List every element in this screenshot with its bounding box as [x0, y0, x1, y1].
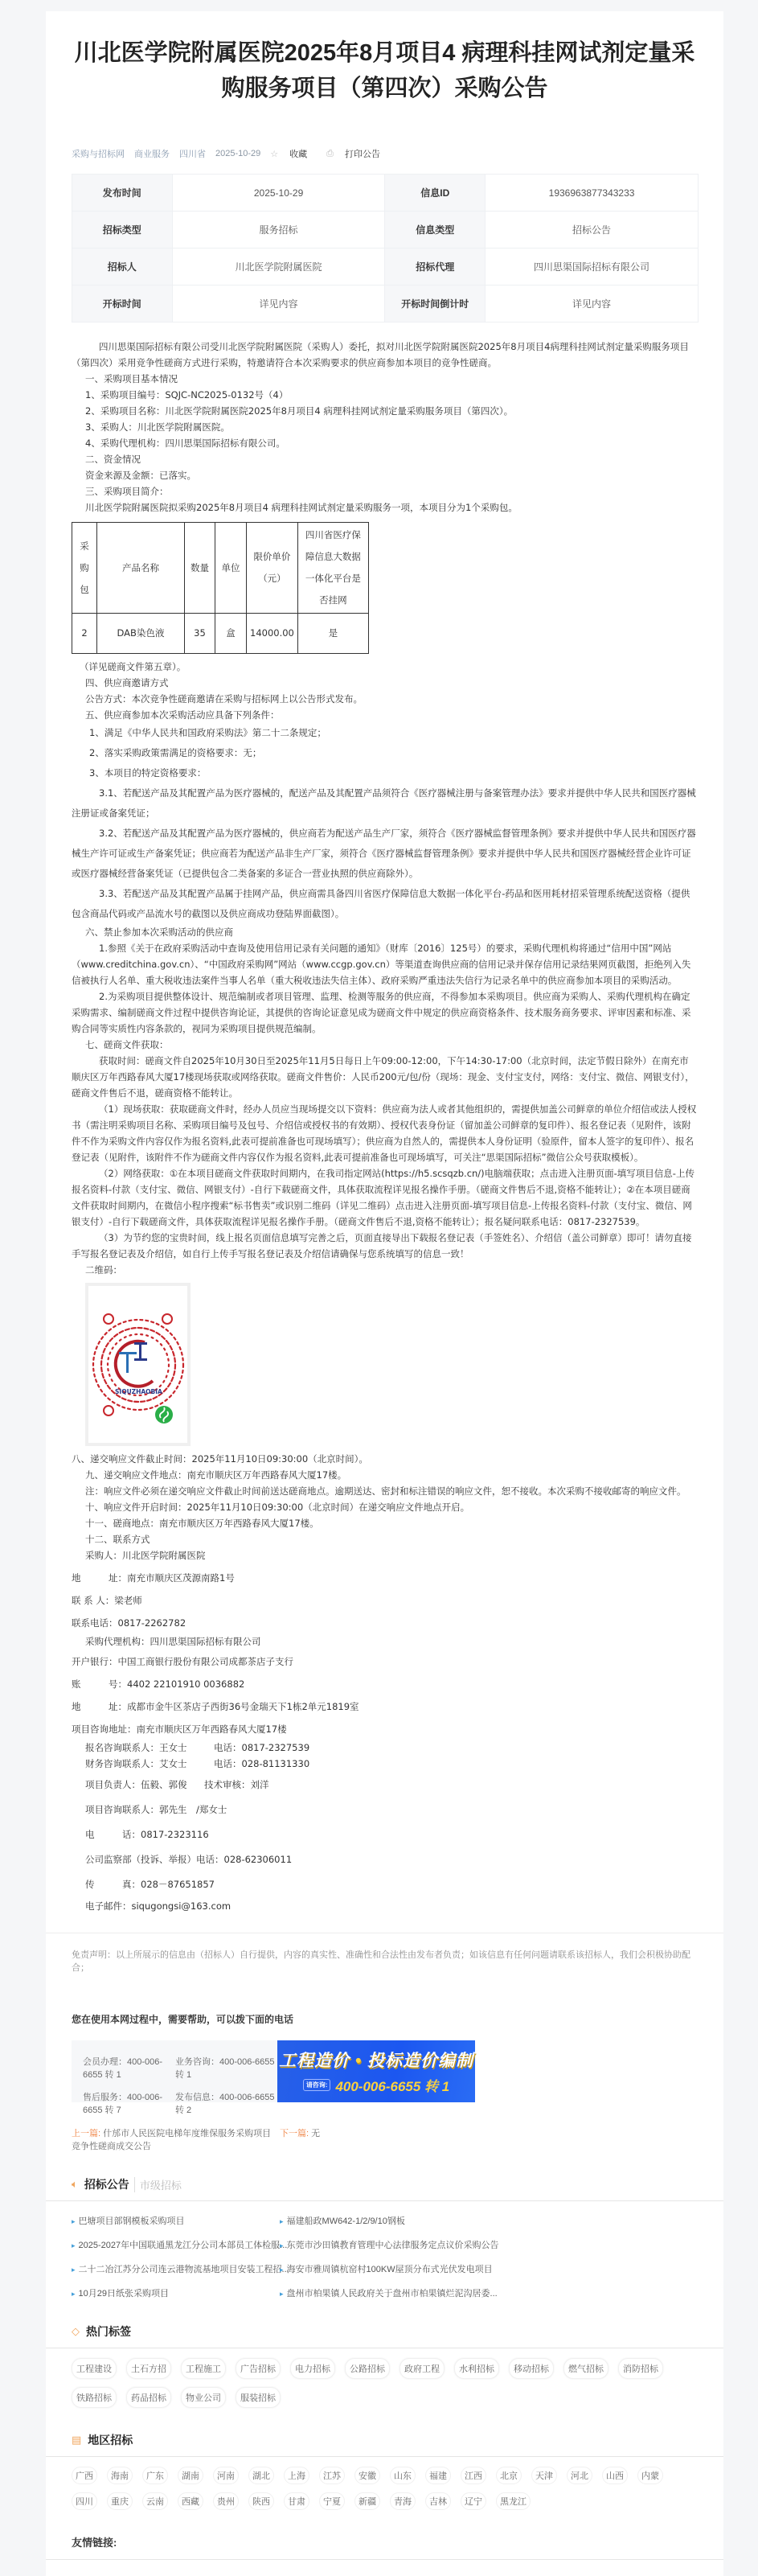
section-heading: 二、资金情况	[72, 451, 698, 467]
list-item[interactable]: 福建船政MW642-1/2/9/10钢板	[280, 2214, 481, 2227]
notices-list: 巴塘项目部钢模板采购项目 福建船政MW642-1/2/9/10钢板 2025-2…	[72, 2201, 698, 2299]
paragraph: 2.为采购项目提供整体设计、规范编制或者项目管理、监理、检测等服务的供应商，不得…	[72, 988, 698, 1037]
buyer-phone: 联系电话：0817-2262782	[72, 1613, 698, 1633]
list-item[interactable]: 东莞市沙田镇教育管理中心法律服务定点议价采购公告	[280, 2238, 481, 2251]
region-item[interactable]: 河北	[567, 2467, 592, 2484]
phone-publish: 发布信息：400-006-6655 转 2	[175, 2090, 280, 2116]
print-button[interactable]: ⎙ 打印公告	[326, 147, 390, 160]
paragraph: 资金来源及金额：已落实。	[72, 467, 698, 483]
th-product-name: 产品名称	[97, 523, 185, 614]
list-item[interactable]: 巴塘项目部钢模板采购项目	[72, 2214, 280, 2227]
announcement-page: 川北医学院附属医院2025年8月项目4 病理科挂网试剂定量采购服务项目（第四次）…	[46, 11, 723, 2576]
paragraph: （2）网络获取：①在本项目磋商文件获取时间期内，在我司指定网站(https://…	[72, 1165, 698, 1230]
region-item[interactable]: 重庆	[107, 2492, 133, 2510]
list-item[interactable]: 海安市雅周镇杭窑村100KW屋顶分布式光伏发电项目	[280, 2262, 481, 2275]
region-item[interactable]: 西藏	[178, 2492, 203, 2510]
list-item[interactable]: 盘州市柏果镇人民政府关于盘州市柏果镇烂泥沟居委...	[280, 2286, 481, 2299]
fin-phone: 电话：028-81131330	[214, 1756, 309, 1772]
phone-business: 业务咨询：400-006-6655 转 1	[175, 2055, 280, 2081]
tag-item[interactable]: 燃气招标	[563, 2358, 608, 2379]
region-item[interactable]: 甘肃	[284, 2492, 309, 2510]
section-heading: 三、采购项目简介：	[72, 483, 698, 499]
breadcrumb-region[interactable]: 四川省	[179, 147, 206, 160]
region-item[interactable]: 江西	[461, 2467, 486, 2484]
section-heading: 十二、联系方式	[72, 1531, 698, 1547]
section-heading: 十、响应文件开启时间：2025年11月10日09:30:00（北京时间）在递交响…	[72, 1499, 698, 1515]
paragraph: 1、满足《中华人民共和国政府采购法》第二十二条规定；	[72, 723, 698, 743]
tag-item[interactable]: 工程建设	[72, 2358, 117, 2379]
tag-item[interactable]: 移动招标	[509, 2358, 554, 2379]
paragraph: 3.3、若配送产品及其配置产品属于挂网产品，供应商需具备四川省医疗保障信息大数据…	[72, 884, 698, 924]
info-label: 招标类型	[72, 212, 173, 249]
prev-next-nav: 上一篇: 什邡市人民医院电梯年度维保服务采购项目竞争性磋商成交公告 下一篇: 无	[72, 2126, 698, 2152]
paragraph: 1、采购项目编号：SQJC-NC2025-0132号（4）	[72, 387, 698, 403]
reg-phone: 电话：0817-2327539	[214, 1740, 309, 1756]
th-unit: 单位	[215, 523, 247, 614]
friend-links-title: 友情链接:	[46, 2510, 723, 2560]
prev-article[interactable]: 上一篇: 什邡市人民医院电梯年度维保服务采购项目竞争性磋商成交公告	[72, 2126, 280, 2152]
hot-tags-list: 工程建设 土石方招 工程施工 广告招标 电力招标 公路招标 政府工程 水利招标 …	[72, 2348, 698, 2408]
info-open-time: 详见内容	[172, 286, 385, 323]
info-table: 发布时间 2025-10-29 信息ID 1936963877343233 招标…	[72, 174, 699, 323]
hot-tags-header: ◇ 热门标签	[46, 2323, 723, 2348]
th-platform-listed: 四川省医疗保障信息大数据一体化平台是否挂网	[297, 523, 368, 614]
paragraph: 2、落实采购政策需满足的资格要求：无；	[72, 743, 698, 763]
region-item[interactable]: 辽宁	[461, 2492, 486, 2510]
hot-tags-title: 热门标签	[86, 2323, 131, 2340]
region-item[interactable]: 广西	[72, 2467, 97, 2484]
list-item[interactable]: 10月29日纸张采购项目	[72, 2286, 280, 2299]
breadcrumb-site[interactable]: 采购与招标网	[72, 147, 125, 160]
buyer-name: 采购人：川北医学院附属医院	[72, 1547, 698, 1563]
meta-bar: 采购与招标网 商业服务 四川省 2025-10-29 ☆ 收藏 ⎙ 打印公告	[46, 106, 723, 164]
tag-item[interactable]: 土石方招	[126, 2358, 171, 2379]
product-table: 采购包 产品名称 数量 单位 限价单价（元） 四川省医疗保障信息大数据一体化平台…	[72, 522, 369, 654]
th-quantity: 数量	[185, 523, 215, 614]
help-title: 您在使用本网过程中，需要帮助，可以拨下面的电话	[72, 2012, 698, 2026]
info-label: 信息类型	[385, 212, 486, 249]
region-item[interactable]: 四川	[72, 2492, 97, 2510]
paragraph: 公告方式：本次竞争性磋商邀请在采购与招标网上以公告形式发布。	[72, 691, 698, 707]
next-article-title: 无	[311, 2129, 320, 2138]
list-item[interactable]: 二十二冶江苏分公司连云港物流基地项目安装工程招...	[72, 2262, 280, 2275]
help-section: 您在使用本网过程中，需要帮助，可以拨下面的电话 会员办理：400-006-665…	[72, 1974, 698, 2102]
favorite-button[interactable]: ☆ 收藏	[270, 147, 317, 160]
supervision-phone: 公司监察部（投诉、举报）电话：028-62306011	[72, 1850, 698, 1870]
tag-item[interactable]: 公路招标	[345, 2358, 390, 2379]
region-item[interactable]: 河南	[213, 2467, 239, 2484]
cell: 35	[185, 614, 215, 654]
speaker-icon: 🔈︎	[72, 2178, 78, 2191]
reg-contact: 报名咨询联系人：王女士	[85, 1740, 214, 1756]
tag-item[interactable]: 铁路招标	[72, 2387, 117, 2408]
qr-code-image: SIQUZHAOBIA	[85, 1283, 191, 1446]
intro-paragraph: 四川思渠国际招标有限公司受川北医学院附属医院（采购人）委托，拟对川北医学院附属医…	[72, 339, 698, 371]
tag-item[interactable]: 广告招标	[236, 2358, 281, 2379]
ad-phone: 请咨询: 400-006-6655 转 1	[303, 2075, 449, 2095]
buyer-contact: 联 系 人：梁老师	[72, 1591, 698, 1611]
regions-title: 地区招标	[88, 2432, 133, 2448]
info-label: 招标人	[72, 249, 173, 286]
region-item[interactable]: 陕西	[248, 2492, 274, 2510]
paragraph: 川北医学院附属医院拟采购2025年8月项目4 病理科挂网试剂定量采购服务一项，本…	[72, 499, 698, 516]
help-phones: 会员办理：400-006-6655 转 1 业务咨询：400-006-6655 …	[72, 2040, 277, 2102]
info-info-type: 招标公告	[486, 212, 699, 249]
prev-article-title[interactable]: 什邡市人民医院电梯年度维保服务采购项目竞争性磋商成交公告	[72, 2129, 271, 2151]
regions-list: 广西 海南 广东 湖南 河南 湖北 上海 江苏 安徽 山东 福建 江西 北京 天…	[72, 2457, 698, 2510]
info-publish-time: 2025-10-29	[172, 175, 385, 212]
region-item[interactable]: 广东	[142, 2467, 168, 2484]
section-heading: 九、递交响应文件地点：南充市顺庆区万年西路春风大厦17楼。	[72, 1467, 698, 1483]
table-row: 2 DAB染色液 35 盒 14000.00 是	[72, 614, 369, 654]
buyer-address: 地 址：南充市顺庆区茂源南路1号	[72, 1568, 698, 1588]
publish-date: 2025-10-29	[215, 149, 260, 158]
section-heading: 一、采购项目基本情况	[72, 371, 698, 387]
svg-text:SIQUZHAOBIA: SIQUZHAOBIA	[115, 1388, 162, 1395]
region-item[interactable]: 天津	[531, 2467, 557, 2484]
paragraph: 3.2、若配送产品及其配置产品为医疗器械的，供应商若为配送产品生产厂家，须符合《…	[72, 824, 698, 884]
region-item[interactable]: 北京	[496, 2467, 522, 2484]
info-tenderer: 川北医学院附属医院	[172, 249, 385, 286]
region-item[interactable]: 宁夏	[319, 2492, 345, 2510]
info-id: 1936963877343233	[486, 175, 699, 212]
ad-banner[interactable]: 工程造价 • 投标造价编制 请咨询: 400-006-6655 转 1	[277, 2040, 475, 2102]
tag-item[interactable]: 物业公司	[181, 2387, 226, 2408]
project-manager: 项目负责人：伍毅、郭俊	[85, 1775, 204, 1795]
region-item[interactable]: 江苏	[319, 2467, 345, 2484]
qr-label: 二维码：	[72, 1262, 698, 1278]
tag-item[interactable]: 政府工程	[399, 2358, 445, 2379]
product-table-header: 采购包 产品名称 数量 单位 限价单价（元） 四川省医疗保障信息大数据一体化平台…	[72, 523, 369, 614]
notices-title[interactable]: 招标公告	[84, 2176, 129, 2192]
region-item[interactable]: 新疆	[354, 2492, 380, 2510]
cell: 是	[297, 614, 368, 654]
region-item[interactable]: 上海	[284, 2467, 309, 2484]
telephone: 电 话：0817-2323116	[72, 1825, 698, 1845]
tag-item[interactable]: 服装招标	[236, 2387, 281, 2408]
notices-subtitle[interactable]: 市级招标	[134, 2177, 182, 2192]
tag-item[interactable]: 工程施工	[181, 2358, 226, 2379]
info-label: 开标时间	[72, 286, 173, 323]
bank: 开户银行：中国工商银行股份有限公司成都茶店子支行	[72, 1652, 698, 1672]
region-item[interactable]: 山西	[602, 2467, 628, 2484]
info-label: 招标代理	[385, 249, 486, 286]
region-item[interactable]: 云南	[142, 2492, 168, 2510]
region-item[interactable]: 黑龙江	[496, 2492, 531, 2510]
paragraph: 3.1、若配送产品及其配置产品为医疗器械的，配送产品及其配置产品须符合《医疗器械…	[72, 783, 698, 824]
agency-name: 采购代理机构：四川思渠国际招标有限公司	[72, 1633, 698, 1650]
region-item[interactable]: 海南	[107, 2467, 133, 2484]
regions-header: ▤ 地区招标	[46, 2432, 723, 2457]
printer-icon: ⎙	[326, 149, 334, 159]
disclaimer-text: 免责声明：以上所展示的信息由（招标人）自行提供，内容的真实性、准确性和合法性由发…	[46, 1948, 723, 1974]
building-icon: ▤	[72, 2434, 81, 2447]
print-label: 打印公告	[345, 147, 380, 160]
tag-icon: ◇	[72, 2325, 80, 2338]
section-heading: 八、递交响应文件截止时间：2025年11月10日09:30:00（北京时间）。	[72, 1451, 698, 1467]
ad-headline: 工程造价 • 投标造价编制	[279, 2048, 473, 2072]
paragraph: 1.参照《关于在政府采购活动中查询及使用信用记录有关问题的通知》（财库〔2016…	[72, 940, 698, 988]
info-countdown: 详见内容	[486, 286, 699, 323]
contact-row: 项目负责人：伍毅、郭俊 技术审核：刘洋	[72, 1775, 698, 1795]
region-item[interactable]: 青海	[390, 2492, 416, 2510]
notices-header: 🔈︎ 招标公告 市级招标	[46, 2176, 723, 2201]
tech-review: 技术审核：刘洋	[204, 1775, 269, 1795]
paragraph: （1）现场获取：获取磋商文件时，经办人员应当现场提交以下资料：供应商为法人或者其…	[72, 1101, 698, 1165]
paragraph: 4、采购代理机构：四川思渠国际招标有限公司。	[72, 435, 698, 451]
section-heading: 五、供应商参加本次采购活动应具备下列条件：	[72, 707, 698, 723]
paragraph: 3、本项目的特定资格要求：	[72, 763, 698, 783]
fax: 传 真：028－87651857	[72, 1875, 698, 1895]
region-item[interactable]: 湖北	[248, 2467, 274, 2484]
phone-membership: 会员办理：400-006-6655 转 1	[83, 2055, 175, 2081]
announcement-body: 四川思渠国际招标有限公司受川北医学院附属医院（采购人）委托，拟对川北医学院附属医…	[46, 323, 723, 1917]
next-article: 下一篇: 无	[280, 2126, 320, 2152]
cell: 14000.00	[247, 614, 298, 654]
paragraph: （详见磋商文件第五章）。	[72, 659, 698, 675]
region-item[interactable]: 贵州	[213, 2492, 239, 2510]
fin-contact: 财务咨询联系人：艾女士	[85, 1756, 214, 1772]
star-icon: ☆	[270, 149, 278, 159]
disclaimer: 免责声明：以上所展示的信息由（招标人）自行提供，内容的真实性、准确性和合法性由发…	[46, 1933, 723, 1974]
paragraph: 获取时间：磋商文件自2025年10月30日至2025年11月5日每日上午09:0…	[72, 1053, 698, 1101]
info-bid-type: 服务招标	[172, 212, 385, 249]
cell: 2	[72, 614, 97, 654]
agency-address: 地 址：成都市金牛区茶店子西街36号金瑞天下1栋2单元1819室	[72, 1697, 698, 1717]
list-item[interactable]: 2025-2027年中国联通黑龙江分公司本部员工体检服...	[72, 2238, 280, 2251]
favorite-label: 收藏	[289, 147, 307, 160]
contact-row: 财务咨询联系人：艾女士 电话：028-81131330	[72, 1756, 698, 1772]
page-title: 川北医学院附属医院2025年8月项目4 病理科挂网试剂定量采购服务项目（第四次）…	[46, 11, 723, 106]
tag-item[interactable]: 电力招标	[290, 2358, 335, 2379]
project-contact: 项目咨询联系人：郭先生 /郑女士	[72, 1800, 698, 1820]
region-item[interactable]: 山东	[390, 2467, 416, 2484]
tag-item[interactable]: 水利招标	[454, 2358, 499, 2379]
contact-row: 报名咨询联系人：王女士 电话：0817-2327539	[72, 1740, 698, 1756]
consult-address: 项目咨询地址：南充市顺庆区万年西路春风大厦17楼	[72, 1719, 698, 1740]
section-heading: 六、禁止参加本次采购活动的供应商	[72, 924, 698, 940]
paragraph: 注：响应文件必须在递交响应文件截止时间前送达磋商地点。逾期送达、密封和标注错误的…	[72, 1483, 698, 1499]
account: 账 号：4402 22101910 0036882	[72, 1674, 698, 1695]
info-label: 发布时间	[72, 175, 173, 212]
th-package: 采购包	[72, 523, 97, 614]
paragraph: （3）为节约您的宝贵时间，线上报名页面信息填写完善之后，页面直接导出下载报名登记…	[72, 1230, 698, 1262]
mini-program-code-icon: SIQUZHAOBIA	[88, 1286, 187, 1443]
section-heading: 七、磋商文件获取：	[72, 1037, 698, 1053]
paragraph: 3、采购人：川北医学院附属医院。	[72, 419, 698, 435]
breadcrumb-category[interactable]: 商业服务	[134, 147, 170, 160]
tag-item[interactable]: 消防招标	[618, 2358, 663, 2379]
tag-item[interactable]: 药品招标	[126, 2387, 171, 2408]
info-label: 开标时间倒计时	[385, 286, 486, 323]
paragraph: 2、采购项目名称：川北医学院附属医院2025年8月项目4 病理科挂网试剂定量采购…	[72, 403, 698, 419]
region-item[interactable]: 福建	[425, 2467, 451, 2484]
info-agent: 四川思渠国际招标有限公司	[486, 249, 699, 286]
email: 电子邮件：siqugongsi@163.com	[72, 1896, 698, 1917]
cell: 盒	[215, 614, 247, 654]
region-item[interactable]: 湖南	[178, 2467, 203, 2484]
region-item[interactable]: 吉林	[425, 2492, 451, 2510]
section-heading: 四、供应商邀请方式	[72, 675, 698, 691]
cell: DAB染色液	[97, 614, 185, 654]
region-item[interactable]: 安徽	[354, 2467, 380, 2484]
phone-aftersales: 售后服务：400-006-6655 转 7	[83, 2090, 175, 2116]
th-price-limit: 限价单价（元）	[247, 523, 298, 614]
region-item[interactable]: 内蒙	[637, 2467, 663, 2484]
info-label: 信息ID	[385, 175, 486, 212]
section-heading: 十一、磋商地点：南充市顺庆区万年西路春风大厦17楼。	[72, 1515, 698, 1531]
